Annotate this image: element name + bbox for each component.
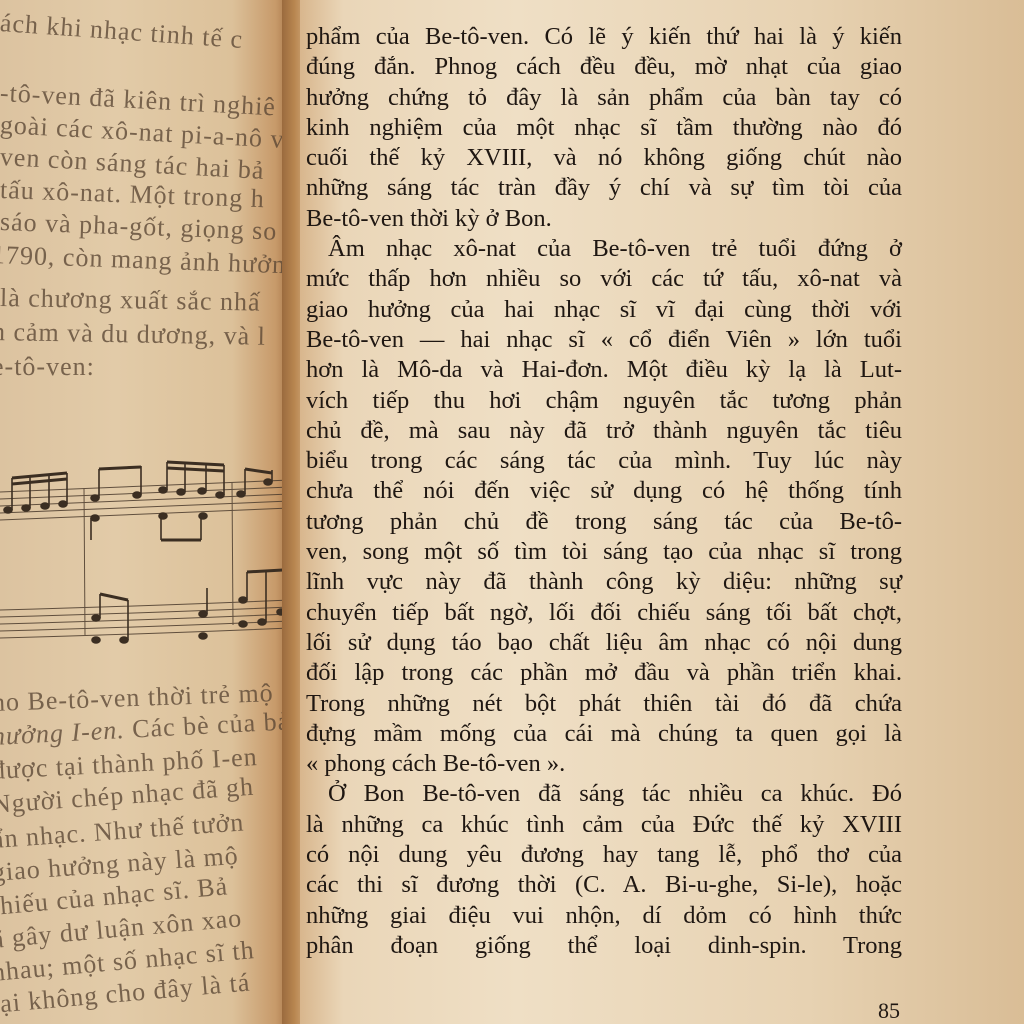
right-text-line: các thi sĩ đương thời (C. A. Bi-u-ghe, S… [306, 870, 902, 900]
right-text-line: biểu trong các sáng tác của mình. Tuy lú… [306, 446, 902, 476]
right-text-line: giao hưởng của hai nhạc sĩ vĩ đại cùng t… [306, 295, 902, 325]
right-text-line: những sáng tác tràn đầy ý chí và sự tìm … [306, 173, 902, 203]
right-text-line: Be-tô-ven thời kỳ ở Bon. [306, 204, 902, 234]
right-text-line: vích tiếp thu hơi chậm nguyên tắc tương … [306, 386, 902, 416]
left-text-line: h cảm và du dương, và l [0, 317, 266, 352]
right-text-line: là những ca khúc tình cảm của Đức thế kỷ… [306, 810, 902, 840]
right-text-line: lĩnh vực này đã thành công kỳ diệu: nhữn… [306, 567, 902, 597]
right-text-line: những giai điệu vui nhộn, dí dỏm có hình… [306, 901, 902, 931]
right-text-line: Be-tô-ven — hai nhạc sĩ « cổ điển Viên »… [306, 325, 902, 355]
right-text-line: đúng đắn. Phnog cách đều đều, mờ nhạt củ… [306, 52, 902, 82]
left-text-line: ách khi nhạc tinh tế c [0, 8, 244, 55]
right-text-line: Ở Bon Be-tô-ven đã sáng tác nhiều ca khú… [306, 779, 902, 809]
left-page: ách khi nhạc tinh tế c-tô-ven đã kiên tr… [0, 0, 290, 1024]
right-text-line: đối lập trong các phần mở đầu và phần tr… [306, 658, 902, 688]
right-text-line: kinh nghiệm của một nhạc sĩ tầm thường n… [306, 113, 902, 143]
right-page-text: phẩm của Be-tô-ven. Có lẽ ý kiến thứ hai… [306, 22, 902, 961]
right-text-line: ven, song một số tìm tòi sáng tạo của nh… [306, 537, 902, 567]
right-text-line: « phong cách Be-tô-ven ». [306, 749, 902, 779]
right-text-line: hưởng chứng tỏ đây là sản phẩm của bàn t… [306, 83, 902, 113]
left-text-line: là chương xuất sắc nhấ [0, 283, 261, 318]
right-text-line: hơn là Mô-da và Hai-đơn. Một điều kỳ lạ … [306, 355, 902, 385]
right-text-line: tương phản chủ đề trong sáng tác của Be-… [306, 507, 902, 537]
right-text-line: Âm nhạc xô-nat của Be-tô-ven trẻ tuổi đứ… [306, 234, 902, 264]
left-text-line: 1790, còn mang ảnh hưởn [0, 240, 287, 280]
right-text-line: có nội dung yêu đương hay tang lễ, phổ t… [306, 840, 902, 870]
right-text-line: Trong những nét bột phát thiên tài đó đã… [306, 689, 902, 719]
right-text-line: phân đoạn giống thể loại dinh-spin. Tron… [306, 931, 902, 961]
right-text-line: mức thấp hơn nhiều so với các tứ tấu, xô… [306, 264, 902, 294]
musical-score-figure [0, 440, 290, 650]
right-text-line: chưa thể nói đến việc sử dụng có hệ thốn… [306, 476, 902, 506]
right-text-line: chuyển tiếp bất ngờ, lối đối chiếu sáng … [306, 598, 902, 628]
right-text-line: cuối thế kỷ XVIII, và nó không giống chú… [306, 143, 902, 173]
right-text-line: lối sử dụng táo bạo chất liệu âm nhạc có… [306, 628, 902, 658]
right-text-line: phẩm của Be-tô-ven. Có lẽ ý kiến thứ hai… [306, 22, 902, 52]
right-text-line: đựng mầm mống của cái mà chúng ta quen g… [306, 719, 902, 749]
page-number: 85 [878, 998, 900, 1024]
left-text-line: e-tô-ven: [0, 352, 95, 382]
right-text-line: chủ đề, mà sau này đã trở thành nguyên t… [306, 416, 902, 446]
